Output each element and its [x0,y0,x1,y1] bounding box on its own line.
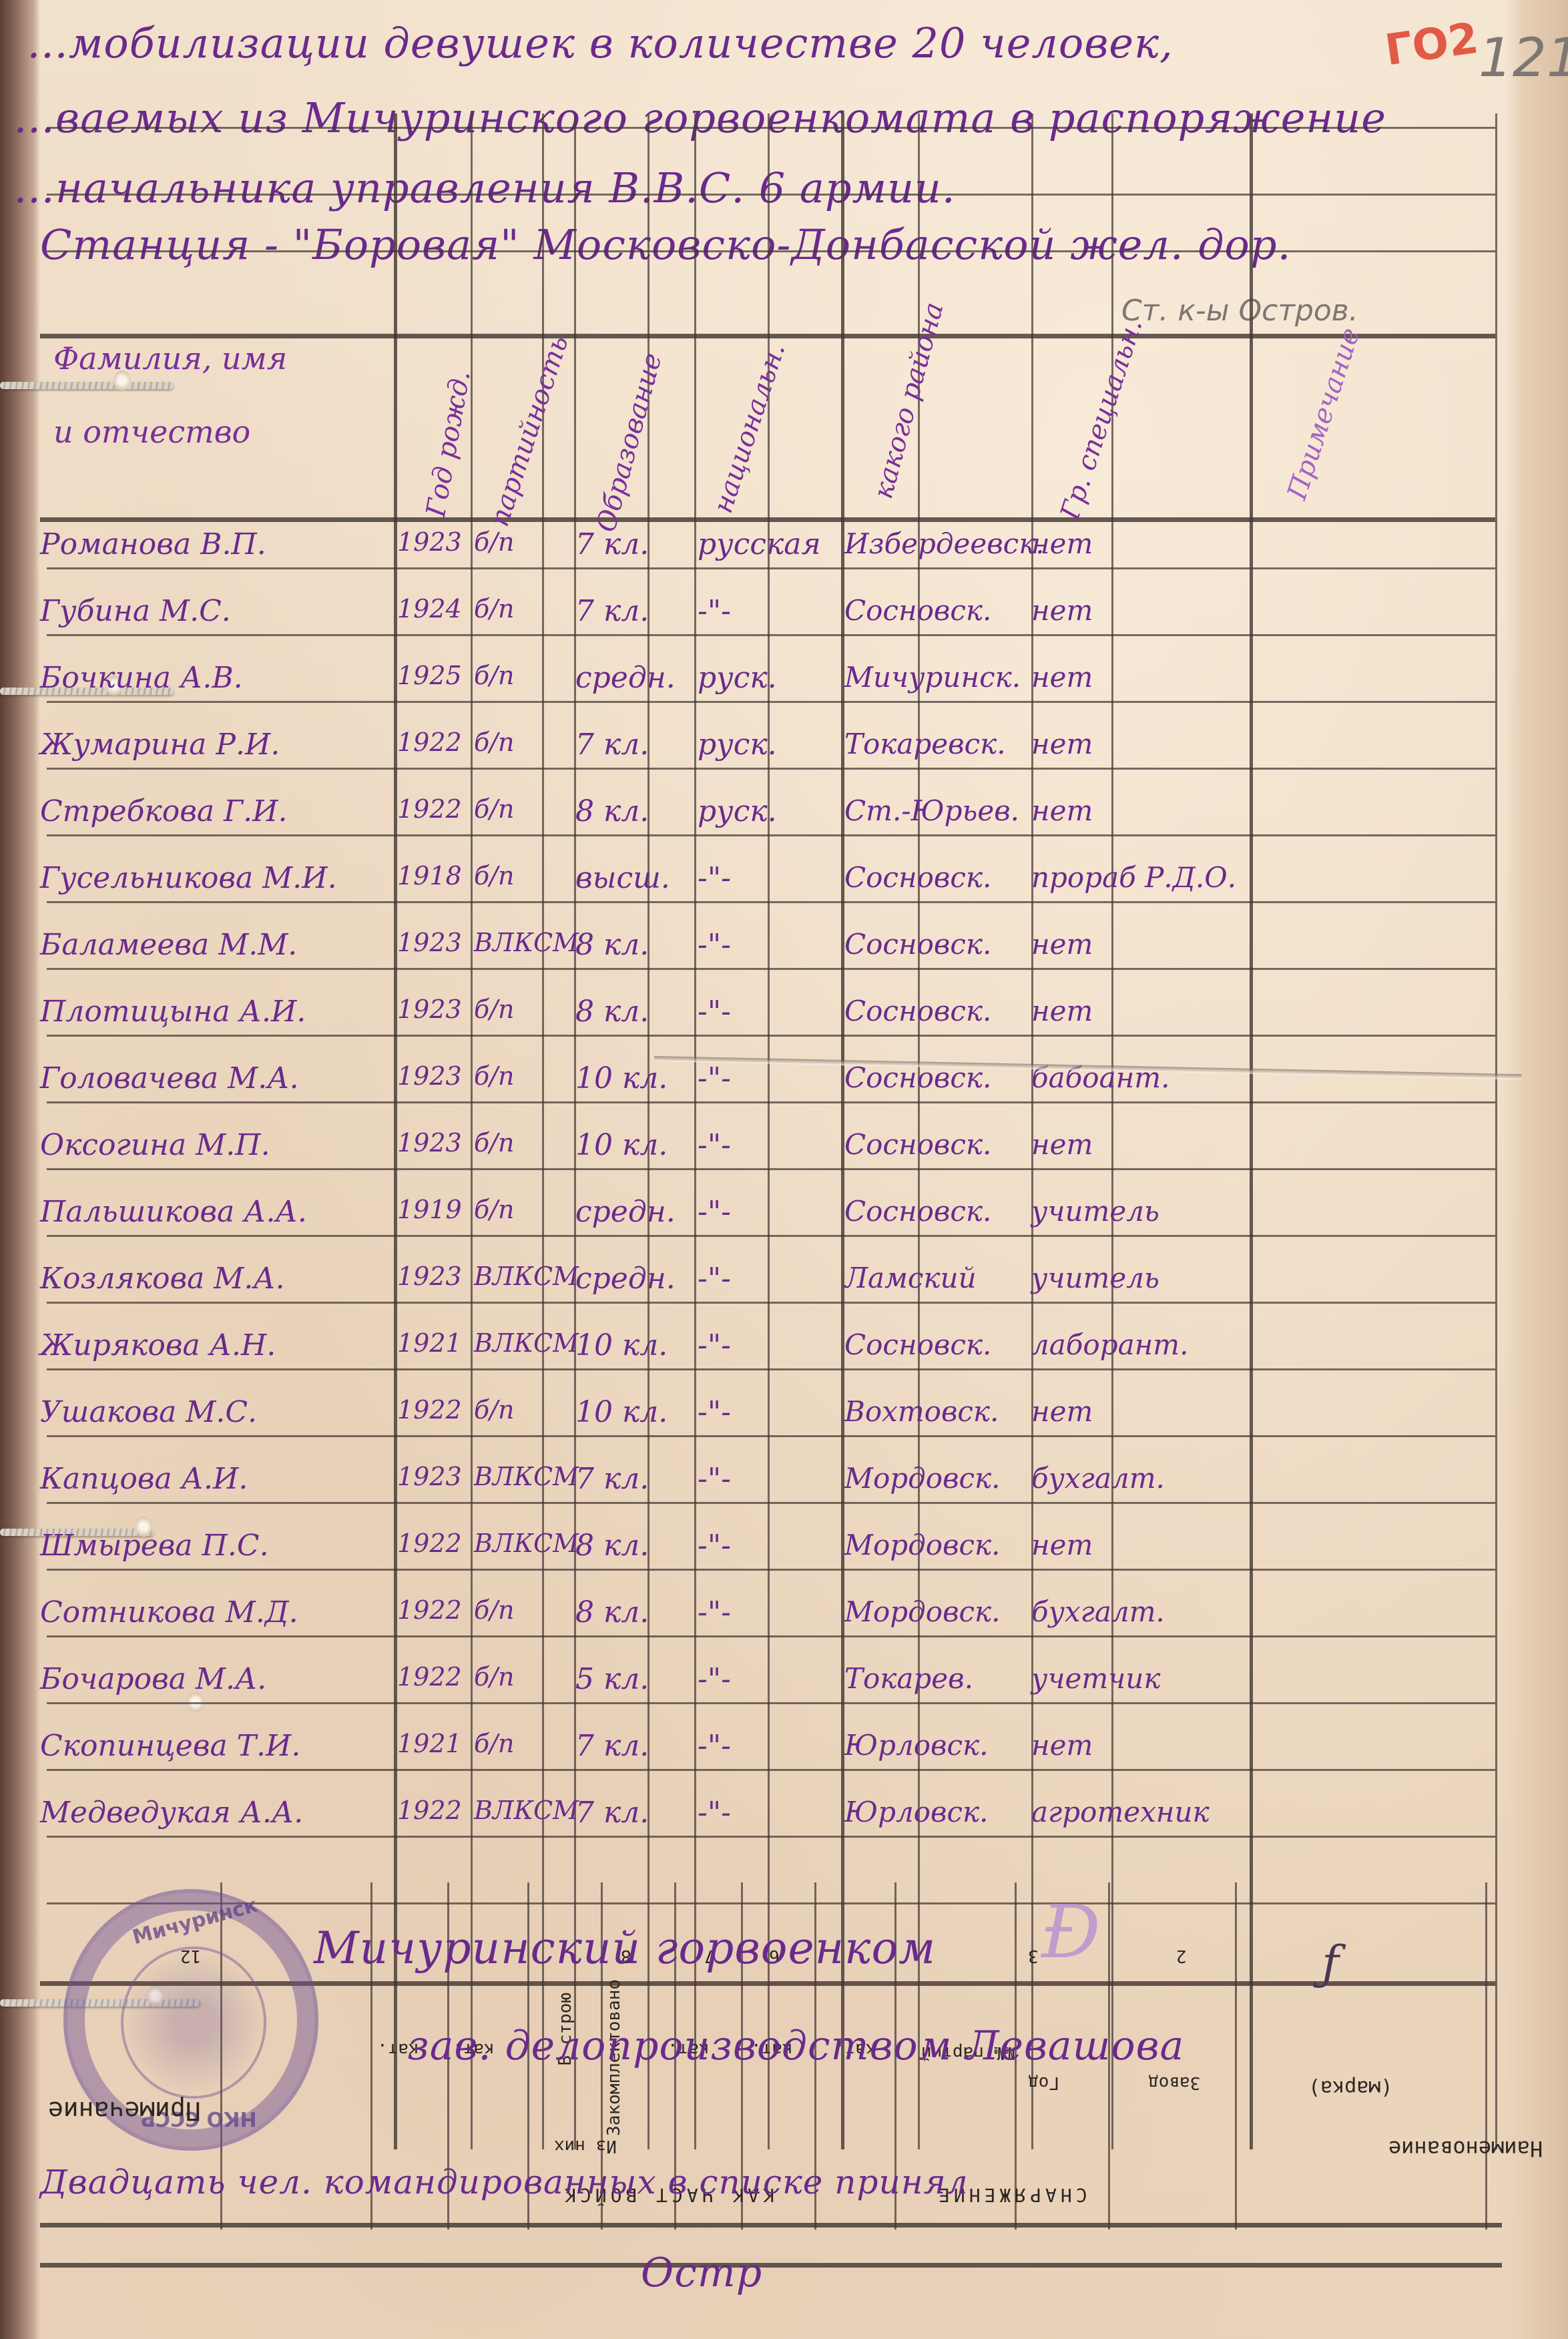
row-nationality: -"- [698,1729,731,1763]
row-nationality: -"- [698,928,731,962]
row-district: Ламский [844,1262,977,1294]
row-education: 8 кл. [575,1595,649,1629]
table-row-border [47,1836,1495,1838]
row-education: 8 кл. [575,794,649,828]
row-specialty: нет [1031,928,1093,961]
row-year: 1923 [397,1061,462,1091]
row-district: Сосновск. [844,1195,991,1228]
row-nationality: -"- [698,594,731,628]
row-education: средн. [575,1262,676,1296]
row-nationality: -"- [698,1662,731,1696]
row-party: ВЛКСМ [474,928,579,957]
table-row-border [47,1168,1495,1170]
col-header-notes: Примечание [1282,324,1366,503]
signature-ink-mark: ƒ [1322,1936,1340,1991]
row-party: б/п [474,1061,514,1091]
table-row-border [47,1902,1495,1904]
row-year: 1923 [397,995,462,1024]
row-year: 1921 [397,1729,462,1758]
row-education: 7 кл. [575,728,649,762]
row-year: 1921 [397,1328,462,1358]
summary-line: Двадцать чел. командированных в списке п… [40,2163,969,2201]
row-nationality: -"- [698,1262,731,1296]
col-header-education: Образование [591,350,668,535]
row-name: Ушакова М.С. [40,1395,257,1429]
table-column-border [1250,113,1253,2149]
row-district: Токаревск. [844,728,1006,760]
receipt-signature: Остр [641,2250,762,2296]
form-column-border [1235,1882,1237,2230]
row-name: Капцова А.И. [40,1462,248,1496]
col-header-name-2: и отчество [53,414,250,450]
row-nationality: -"- [698,1195,731,1229]
row-name: Козлякова М.А. [40,1262,285,1296]
table-column-border [694,113,696,2149]
table-column-border [1495,113,1497,2149]
table-row-border [47,1702,1495,1704]
row-specialty: нет [1031,594,1093,627]
row-specialty: агротехник [1031,1796,1210,1828]
row-specialty: нет [1031,1128,1093,1161]
table-row-border [47,1569,1495,1571]
table-row-border [47,834,1495,836]
row-specialty: учитель [1031,1195,1159,1228]
row-year: 1923 [397,527,462,557]
row-district: Сосновск. [844,928,991,961]
row-year: 1922 [397,1796,462,1825]
table-row-border [47,1235,1495,1237]
row-party: б/п [474,527,514,557]
row-name: Оксогина М.П. [40,1128,270,1162]
row-party: ВЛКСМ [474,1462,579,1491]
row-education: высш. [575,861,670,895]
row-nationality: -"- [698,1595,731,1629]
row-party: б/п [474,1595,514,1625]
row-nationality: руск. [698,661,777,695]
row-year: 1923 [397,1462,462,1491]
row-name: Медведукая А.А. [40,1796,303,1830]
row-party: б/п [474,1729,514,1758]
row-district: Мичуринск. [844,661,1021,694]
row-party: б/п [474,661,514,690]
row-district: Избердеевск. [844,527,1045,560]
row-name: Губина М.С. [40,594,231,628]
row-nationality: -"- [698,1328,731,1362]
row-party: б/п [474,861,514,890]
table-row-border [47,1435,1495,1437]
row-year: 1923 [397,1262,462,1291]
row-name: Скопинцева Т.И. [40,1729,300,1763]
binding-string [0,382,174,389]
table-row-border [47,1635,1495,1637]
table-row-border [47,1035,1495,1037]
form-label-brand: (марка) [1308,2076,1392,2099]
row-education: 7 кл. [575,1796,649,1830]
row-district: Ст.-Юрьев. [844,794,1019,827]
form-label-of-them: Из них [554,2136,617,2156]
row-name: Шмырева П.С. [40,1529,269,1563]
row-year: 1922 [397,1595,462,1625]
row-party: б/п [474,1662,514,1692]
row-district: Токарев. [844,1662,973,1695]
table-row-border [47,768,1495,770]
row-name: Бочарова М.А. [40,1662,266,1696]
table-row-border [47,1368,1495,1370]
col-header-specialty: Гр. специальн. [1055,315,1149,523]
row-education: 7 кл. [575,527,649,561]
row-district: Сосновск. [844,1328,991,1361]
row-name: Пальшикова А.А. [40,1195,307,1229]
row-specialty: прораб Р.Д.О. [1031,861,1236,894]
col-header-party: партийность [484,332,575,530]
row-education: 7 кл. [575,1729,649,1763]
row-party: б/п [474,794,514,824]
table-row-border [47,701,1495,703]
row-nationality: руск. [698,728,777,762]
row-year: 1922 [397,1662,462,1692]
row-party: б/п [474,1128,514,1157]
col-header-district: какого района [868,299,950,502]
header-line-4: Станция - "Боровая" Московско-Донбасской… [40,220,1291,269]
row-year: 1922 [397,1395,462,1424]
row-district: Сосновск. [844,995,991,1027]
row-nationality: -"- [698,1061,731,1095]
red-stamp-mark: ГО2 [1382,14,1482,76]
table-row-border [47,1101,1495,1103]
header-line-1: …мобилизации девушек в количестве 20 чел… [27,19,1173,67]
row-party: б/п [474,1195,514,1224]
row-district: Сосновск. [844,1128,991,1161]
row-name: Баламеева М.М. [40,928,297,962]
row-specialty: нет [1031,527,1093,560]
document-page: …мобилизации девушек в количестве 20 чел… [0,0,1568,2339]
row-district: Мордовск. [844,1529,1000,1561]
row-nationality: -"- [698,1395,731,1429]
row-education: 10 кл. [575,1061,668,1095]
row-nationality: руск. [698,794,777,828]
row-nationality: -"- [698,1128,731,1162]
row-name: Стребкова Г.И. [40,794,288,828]
col-header-name-1: Фамилия, имя [53,340,287,376]
row-name: Гусельникова М.И. [40,861,337,895]
row-year: 1922 [397,794,462,824]
row-nationality: -"- [698,995,731,1029]
row-specialty: бухгалт. [1031,1462,1165,1495]
table-column-border [471,113,473,2149]
row-year: 1919 [397,1195,462,1224]
row-education: 7 кл. [575,594,649,628]
row-specialty: нет [1031,995,1093,1027]
row-year: 1925 [397,661,462,690]
row-specialty: нет [1031,1729,1093,1762]
row-specialty: учетчик [1031,1662,1160,1695]
col-header-nationality: национальн. [708,339,791,517]
row-name: Жумарина Р.И. [40,728,280,762]
row-party: ВЛКСМ [474,1796,579,1825]
row-specialty: нет [1031,661,1093,694]
row-education: 8 кл. [575,1529,649,1563]
row-name: Романова В.П. [40,527,266,561]
header-rule [47,250,1495,252]
row-education: 10 кл. [575,1128,668,1162]
form-column-border [1485,1882,1487,2230]
form-rule [40,2223,1502,2228]
header-rule [47,194,1495,196]
row-district: Сосновск. [844,861,991,894]
row-district: Юрловск. [844,1729,988,1762]
row-name: Жирякова А.Н. [40,1328,276,1362]
stamp-text-top: Мичуринск [130,1894,260,1950]
row-education: средн. [575,661,676,695]
row-education: 5 кл. [575,1662,649,1696]
form-colnum-3: 3 [1028,1946,1039,1966]
signature-clerk: зав. делопроизводством Левашова [407,2023,1184,2069]
header-rule [47,127,1495,129]
table-row-border [47,634,1495,636]
form-label-notes: Примечание [48,2096,201,2125]
row-district: Юрловск. [844,1796,988,1828]
row-education: 8 кл. [575,928,649,962]
row-district: Мордовск. [844,1462,1000,1495]
row-name: Головачева М.А. [40,1061,299,1095]
row-education: 8 кл. [575,995,649,1029]
row-party: б/п [474,1395,514,1424]
row-party: ВЛКСМ [474,1529,579,1558]
row-specialty: бухгалт. [1031,1595,1165,1628]
table-row-border [47,567,1495,569]
pencil-note: Ст. к-ы Остров. [1121,294,1358,328]
column-header-bottom [40,517,1495,522]
row-name: Плотицына А.И. [40,995,306,1029]
row-district: Сосновск. [844,594,991,627]
row-specialty: учитель [1031,1262,1159,1294]
row-education: 10 кл. [575,1395,668,1429]
signature-org: Мичуринский горвоенком [314,1922,936,1974]
row-year: 1918 [397,861,462,890]
header-line-3: …начальника управления В.В.С. 6 армии. [13,164,956,212]
col-header-year: Год рожд. [421,368,477,519]
table-row-border [47,901,1495,903]
row-party: ВЛКСМ [474,1262,579,1291]
table-row-border [47,1769,1495,1771]
row-education: средн. [575,1195,676,1229]
row-specialty: нет [1031,794,1093,827]
row-year: 1922 [397,1529,462,1558]
sheet-number: 121 [1479,27,1568,89]
row-party: б/п [474,728,514,757]
row-party: б/п [474,995,514,1024]
form-label-name: Наименование [1388,2136,1543,2161]
row-nationality: -"- [698,1462,731,1496]
row-year: 1923 [397,1128,462,1157]
table-row-border [47,1302,1495,1304]
form-label-factory: Завод [1148,2073,1200,2093]
header-rule [40,334,1495,338]
binding-spine [0,0,40,2339]
row-name: Бочкина А.В. [40,661,243,695]
row-party: б/п [474,594,514,623]
signature-scribble: Ð [1041,1889,1101,1975]
table-row-border [47,1502,1495,1504]
row-education: 10 кл. [575,1328,668,1362]
row-specialty: лаборант. [1031,1328,1188,1361]
row-year: 1923 [397,928,462,957]
row-nationality: -"- [698,1529,731,1563]
table-row-border [47,968,1495,970]
row-specialty: нет [1031,1529,1093,1561]
row-year: 1922 [397,728,462,757]
row-education: 7 кл. [575,1462,649,1496]
row-nationality: русская [698,527,821,561]
stamp-emblem [121,1946,266,2099]
form-label-year: Год [1028,2073,1059,2093]
row-nationality: -"- [698,1796,731,1830]
page-edge [1505,0,1568,2339]
row-name: Сотникова М.Д. [40,1595,298,1629]
form-colnum-12: 12 [180,1946,201,1966]
header-line-2: …ваемых из Мичуринского горвоенкомата в … [13,93,1386,142]
form-colnum-2: 2 [1176,1946,1187,1966]
row-year: 1924 [397,594,462,623]
row-specialty: нет [1031,728,1093,760]
form-rule [40,2263,1502,2268]
row-district: Мордовск. [844,1595,1000,1628]
row-district: Вохтовск. [844,1395,999,1428]
row-nationality: -"- [698,861,731,895]
row-specialty: нет [1031,1395,1093,1428]
row-party: ВЛКСМ [474,1328,579,1358]
